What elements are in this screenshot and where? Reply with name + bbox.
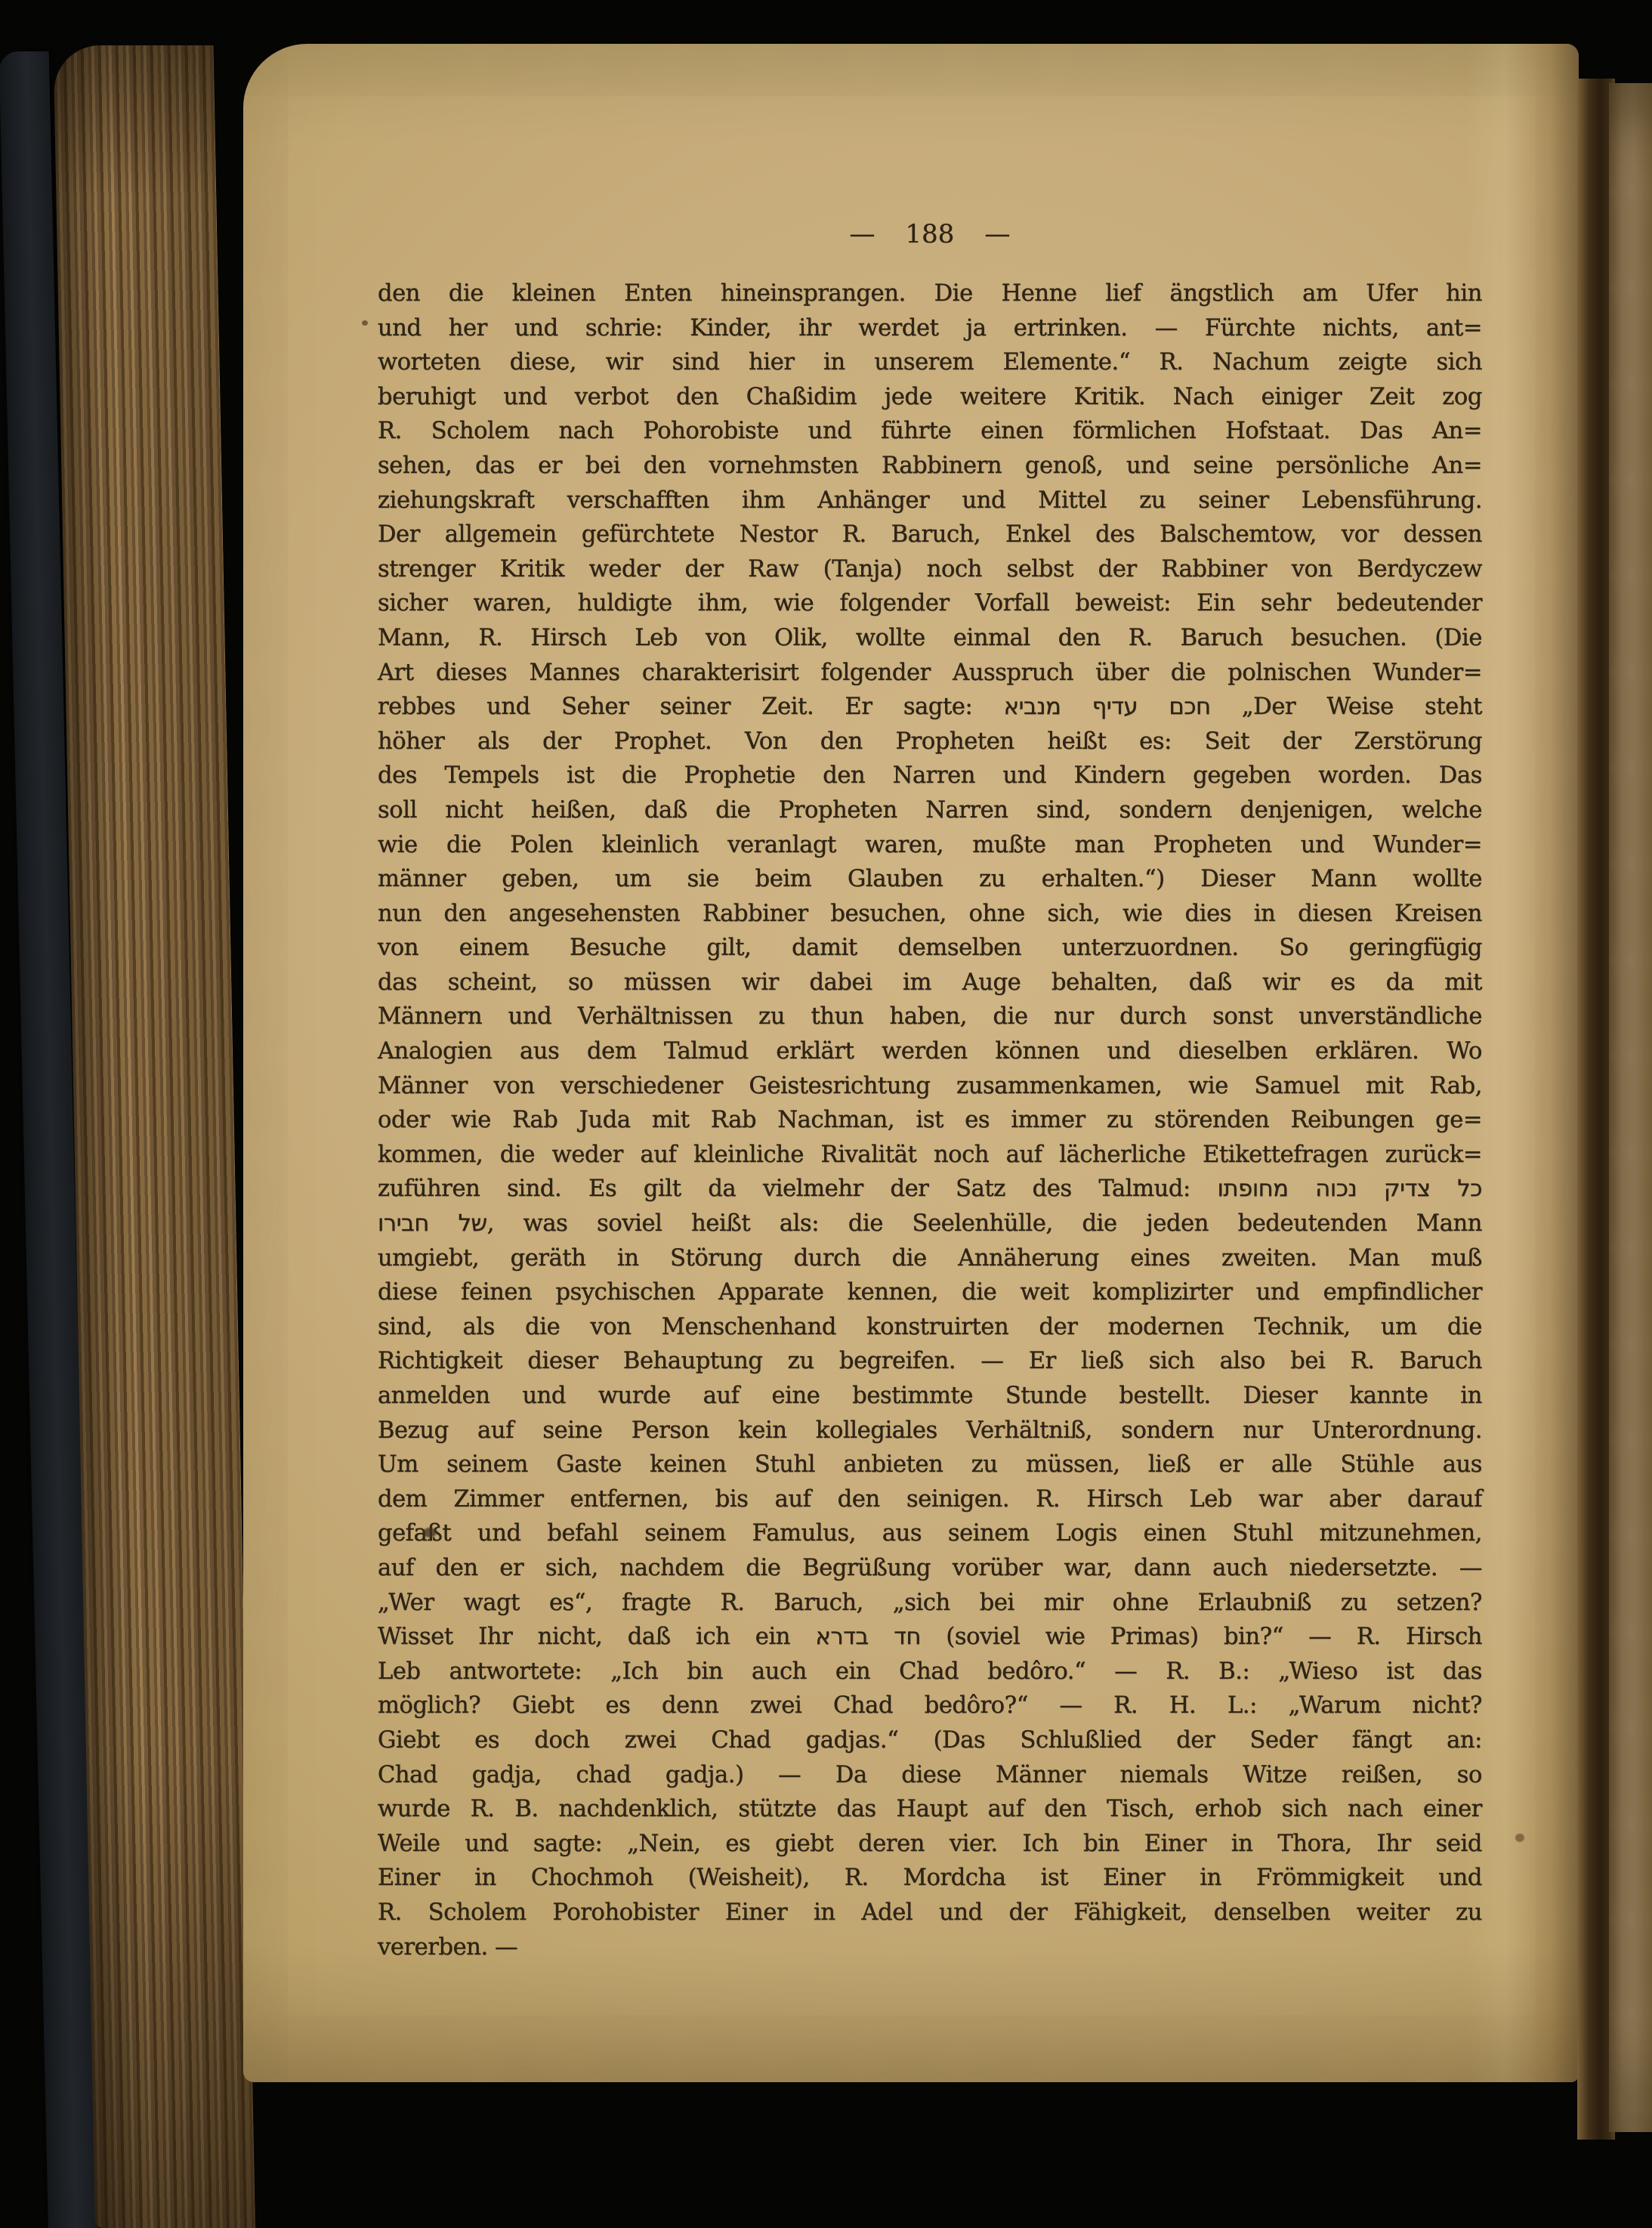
text-line: strenger Kritik weder der Raw (Tanja) no… bbox=[378, 552, 1482, 587]
paper-stain bbox=[423, 1528, 437, 1537]
text-line: Einer in Chochmoh (Weisheit), R. Mordcha… bbox=[378, 1861, 1482, 1896]
text-line: Um seinem Gaste keinen Stuhl anbieten zu… bbox=[378, 1448, 1482, 1482]
text-line: Analogien aus dem Talmud erklärt werden … bbox=[378, 1034, 1482, 1069]
text-line: Leb antwortete: „Ich bin auch ein Chad b… bbox=[378, 1655, 1482, 1689]
text-line: „Wer wagt es“, fragte R. Baruch, „sich b… bbox=[378, 1586, 1482, 1621]
text-line: beruhigt und verbot den Chaßidim jede we… bbox=[378, 380, 1482, 415]
text-line: das scheint, so müssen wir dabei im Auge… bbox=[378, 966, 1482, 1000]
text-line: den die kleinen Enten hineinsprangen. Di… bbox=[378, 277, 1482, 311]
text-line: oder wie Rab Juda mit Rab Nachman, ist e… bbox=[378, 1103, 1482, 1138]
text-line: של חבירו, was soviel heißt als: die Seel… bbox=[378, 1207, 1482, 1241]
text-line: wurde R. B. nachdenklich, stützte das Ha… bbox=[378, 1792, 1482, 1827]
text-line: vererben. — bbox=[378, 1930, 1482, 1965]
text-line: Männern und Verhältnissen zu thun haben,… bbox=[378, 1000, 1482, 1034]
paper-stain bbox=[1515, 1834, 1524, 1842]
text-line: von einem Besuche gilt, damit demselben … bbox=[378, 931, 1482, 966]
text-line: möglich? Giebt es denn zwei Chad bedôro?… bbox=[378, 1689, 1482, 1723]
text-line: Der allgemein gefürchtete Nestor R. Baru… bbox=[378, 518, 1482, 552]
text-line: wie die Polen kleinlich veranlagt waren,… bbox=[378, 828, 1482, 863]
text-line: sicher waren, huldigte ihm, wie folgende… bbox=[378, 586, 1482, 621]
text-line: auf den er sich, nachdem die Begrüßung v… bbox=[378, 1551, 1482, 1586]
text-line: sind, als die von Menschenhand konstruir… bbox=[378, 1310, 1482, 1345]
text-line: Mann, R. Hirsch Leb von Olik, wollte ein… bbox=[378, 621, 1482, 656]
text-line: Art dieses Mannes charakterisirt folgend… bbox=[378, 656, 1482, 691]
photo-background: { "page": { "number": "188", "header": {… bbox=[0, 0, 1652, 2228]
page-number: 188 bbox=[906, 219, 955, 249]
text-line: kommen, die weder auf kleinliche Rivalit… bbox=[378, 1138, 1482, 1173]
text-line: worteten diese, wir sind hier in unserem… bbox=[378, 345, 1482, 380]
text-line: umgiebt, geräth in Störung durch die Ann… bbox=[378, 1241, 1482, 1276]
text-line: männer geben, um sie beim Glauben zu erh… bbox=[378, 862, 1482, 897]
text-line: gefaßt und befahl seinem Famulus, aus se… bbox=[378, 1516, 1482, 1551]
text-line: R. Scholem Porohobister Einer in Adel un… bbox=[378, 1896, 1482, 1930]
text-line: anmelden und wurde auf eine bestimmte St… bbox=[378, 1379, 1482, 1414]
text-line: rebbes und Seher seiner Zeit. Er sagte: … bbox=[378, 690, 1482, 725]
text-line: Richtigkeit dieser Behauptung zu begreif… bbox=[378, 1344, 1482, 1379]
text-line: höher als der Prophet. Von den Propheten… bbox=[378, 725, 1482, 759]
text-line: zuführen sind. Es gilt da vielmehr der S… bbox=[378, 1172, 1482, 1207]
text-line: Weile und sagte: „Nein, es giebt deren v… bbox=[378, 1827, 1482, 1862]
text-line: dem Zimmer entfernen, bis auf den seinig… bbox=[378, 1482, 1482, 1517]
text-line: des Tempels ist die Prophetie den Narren… bbox=[378, 759, 1482, 793]
text-line: Giebt es doch zwei Chad gadjas.“ (Das Sc… bbox=[378, 1723, 1482, 1758]
paper-stain bbox=[362, 320, 368, 326]
header-rule-left: — bbox=[850, 219, 875, 249]
body-text: den die kleinen Enten hineinsprangen. Di… bbox=[378, 277, 1482, 1964]
text-line: R. Scholem nach Pohorobiste und führte e… bbox=[378, 414, 1482, 449]
text-line: Männer von verschiedener Geistesrichtung… bbox=[378, 1069, 1482, 1104]
text-line: Chad gadja, chad gadja.) — Da diese Männ… bbox=[378, 1758, 1482, 1793]
facing-page-edge bbox=[1609, 83, 1652, 2132]
text-line: Wisset Ihr nicht, daß ich ein חד בדרא (s… bbox=[378, 1620, 1482, 1655]
page-number-header: —188— bbox=[378, 219, 1482, 249]
text-line: nun den angesehensten Rabbiner besuchen,… bbox=[378, 897, 1482, 932]
text-line: diese feinen psychischen Apparate kennen… bbox=[378, 1275, 1482, 1310]
header-rule-right: — bbox=[984, 219, 1010, 249]
text-line: soll nicht heißen, daß die Propheten Nar… bbox=[378, 793, 1482, 828]
text-line: ziehungskraft verschafften ihm Anhänger … bbox=[378, 484, 1482, 518]
text-line: Bezug auf seine Person kein kollegiales … bbox=[378, 1414, 1482, 1448]
text-line: sehen, das er bei den vornehmsten Rabbin… bbox=[378, 449, 1482, 484]
text-line: und her und schrie: Kinder, ihr werdet j… bbox=[378, 311, 1482, 346]
